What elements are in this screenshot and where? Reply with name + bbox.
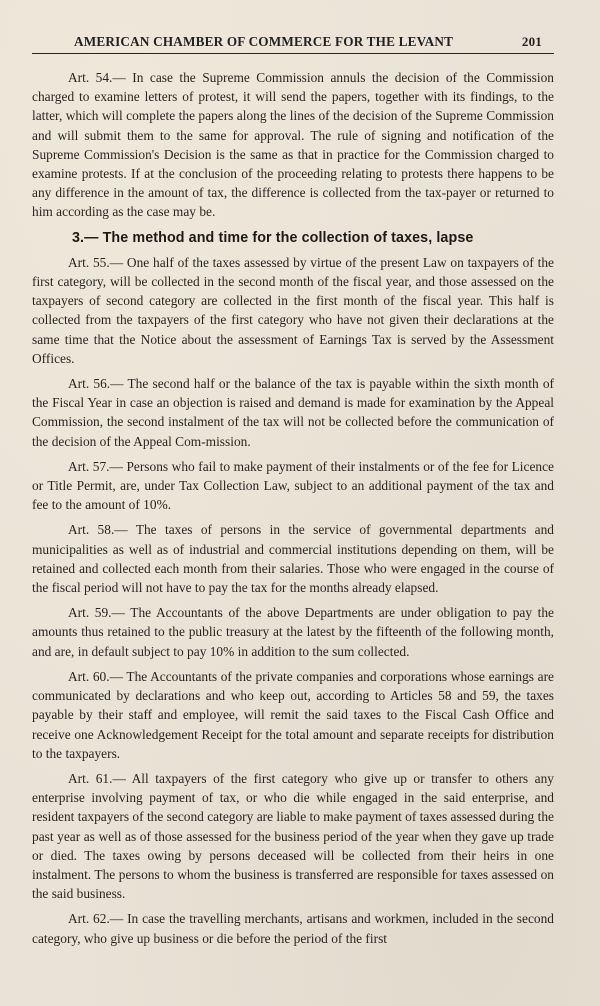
article-text: In case the Supreme Commission annuls th… [32,70,554,219]
article-label: Art. 62.— [68,911,123,926]
article-label: Art. 58.— [68,522,128,537]
article-58: Art. 58.— The taxes of persons in the se… [32,520,554,597]
article-59: Art. 59.— The Accountants of the above D… [32,603,554,661]
article-57: Art. 57.— Persons who fail to make payme… [32,457,554,515]
article-text: One half of the taxes assessed by virtue… [32,255,554,366]
section-heading: 3.— The method and time for the collecti… [72,229,554,248]
article-62: Art. 62.— In case the travelling merchan… [32,909,554,947]
article-label: Art. 55.— [68,255,123,270]
article-label: Art. 61.— [68,771,126,786]
article-label: Art. 56.— [68,376,124,391]
article-text: All taxpayers of the first category who … [32,771,554,901]
document-body: Art. 54.— In case the Supreme Commission… [32,68,554,948]
article-61: Art. 61.— All taxpayers of the first cat… [32,769,554,903]
article-56: Art. 56.— The second half or the balance… [32,374,554,451]
article-label: Art. 57.— [68,459,123,474]
article-55: Art. 55.— One half of the taxes assessed… [32,253,554,368]
page-number: 201 [522,34,542,50]
running-header: AMERICAN CHAMBER OF COMMERCE FOR THE LEV… [32,34,554,54]
article-54: Art. 54.— In case the Supreme Commission… [32,68,554,222]
running-title: AMERICAN CHAMBER OF COMMERCE FOR THE LEV… [74,34,453,50]
article-label: Art. 59.— [68,605,125,620]
article-label: Art. 54.— [68,70,126,85]
document-page: AMERICAN CHAMBER OF COMMERCE FOR THE LEV… [32,34,554,954]
article-label: Art. 60.— [68,669,123,684]
article-60: Art. 60.— The Accountants of the private… [32,667,554,763]
